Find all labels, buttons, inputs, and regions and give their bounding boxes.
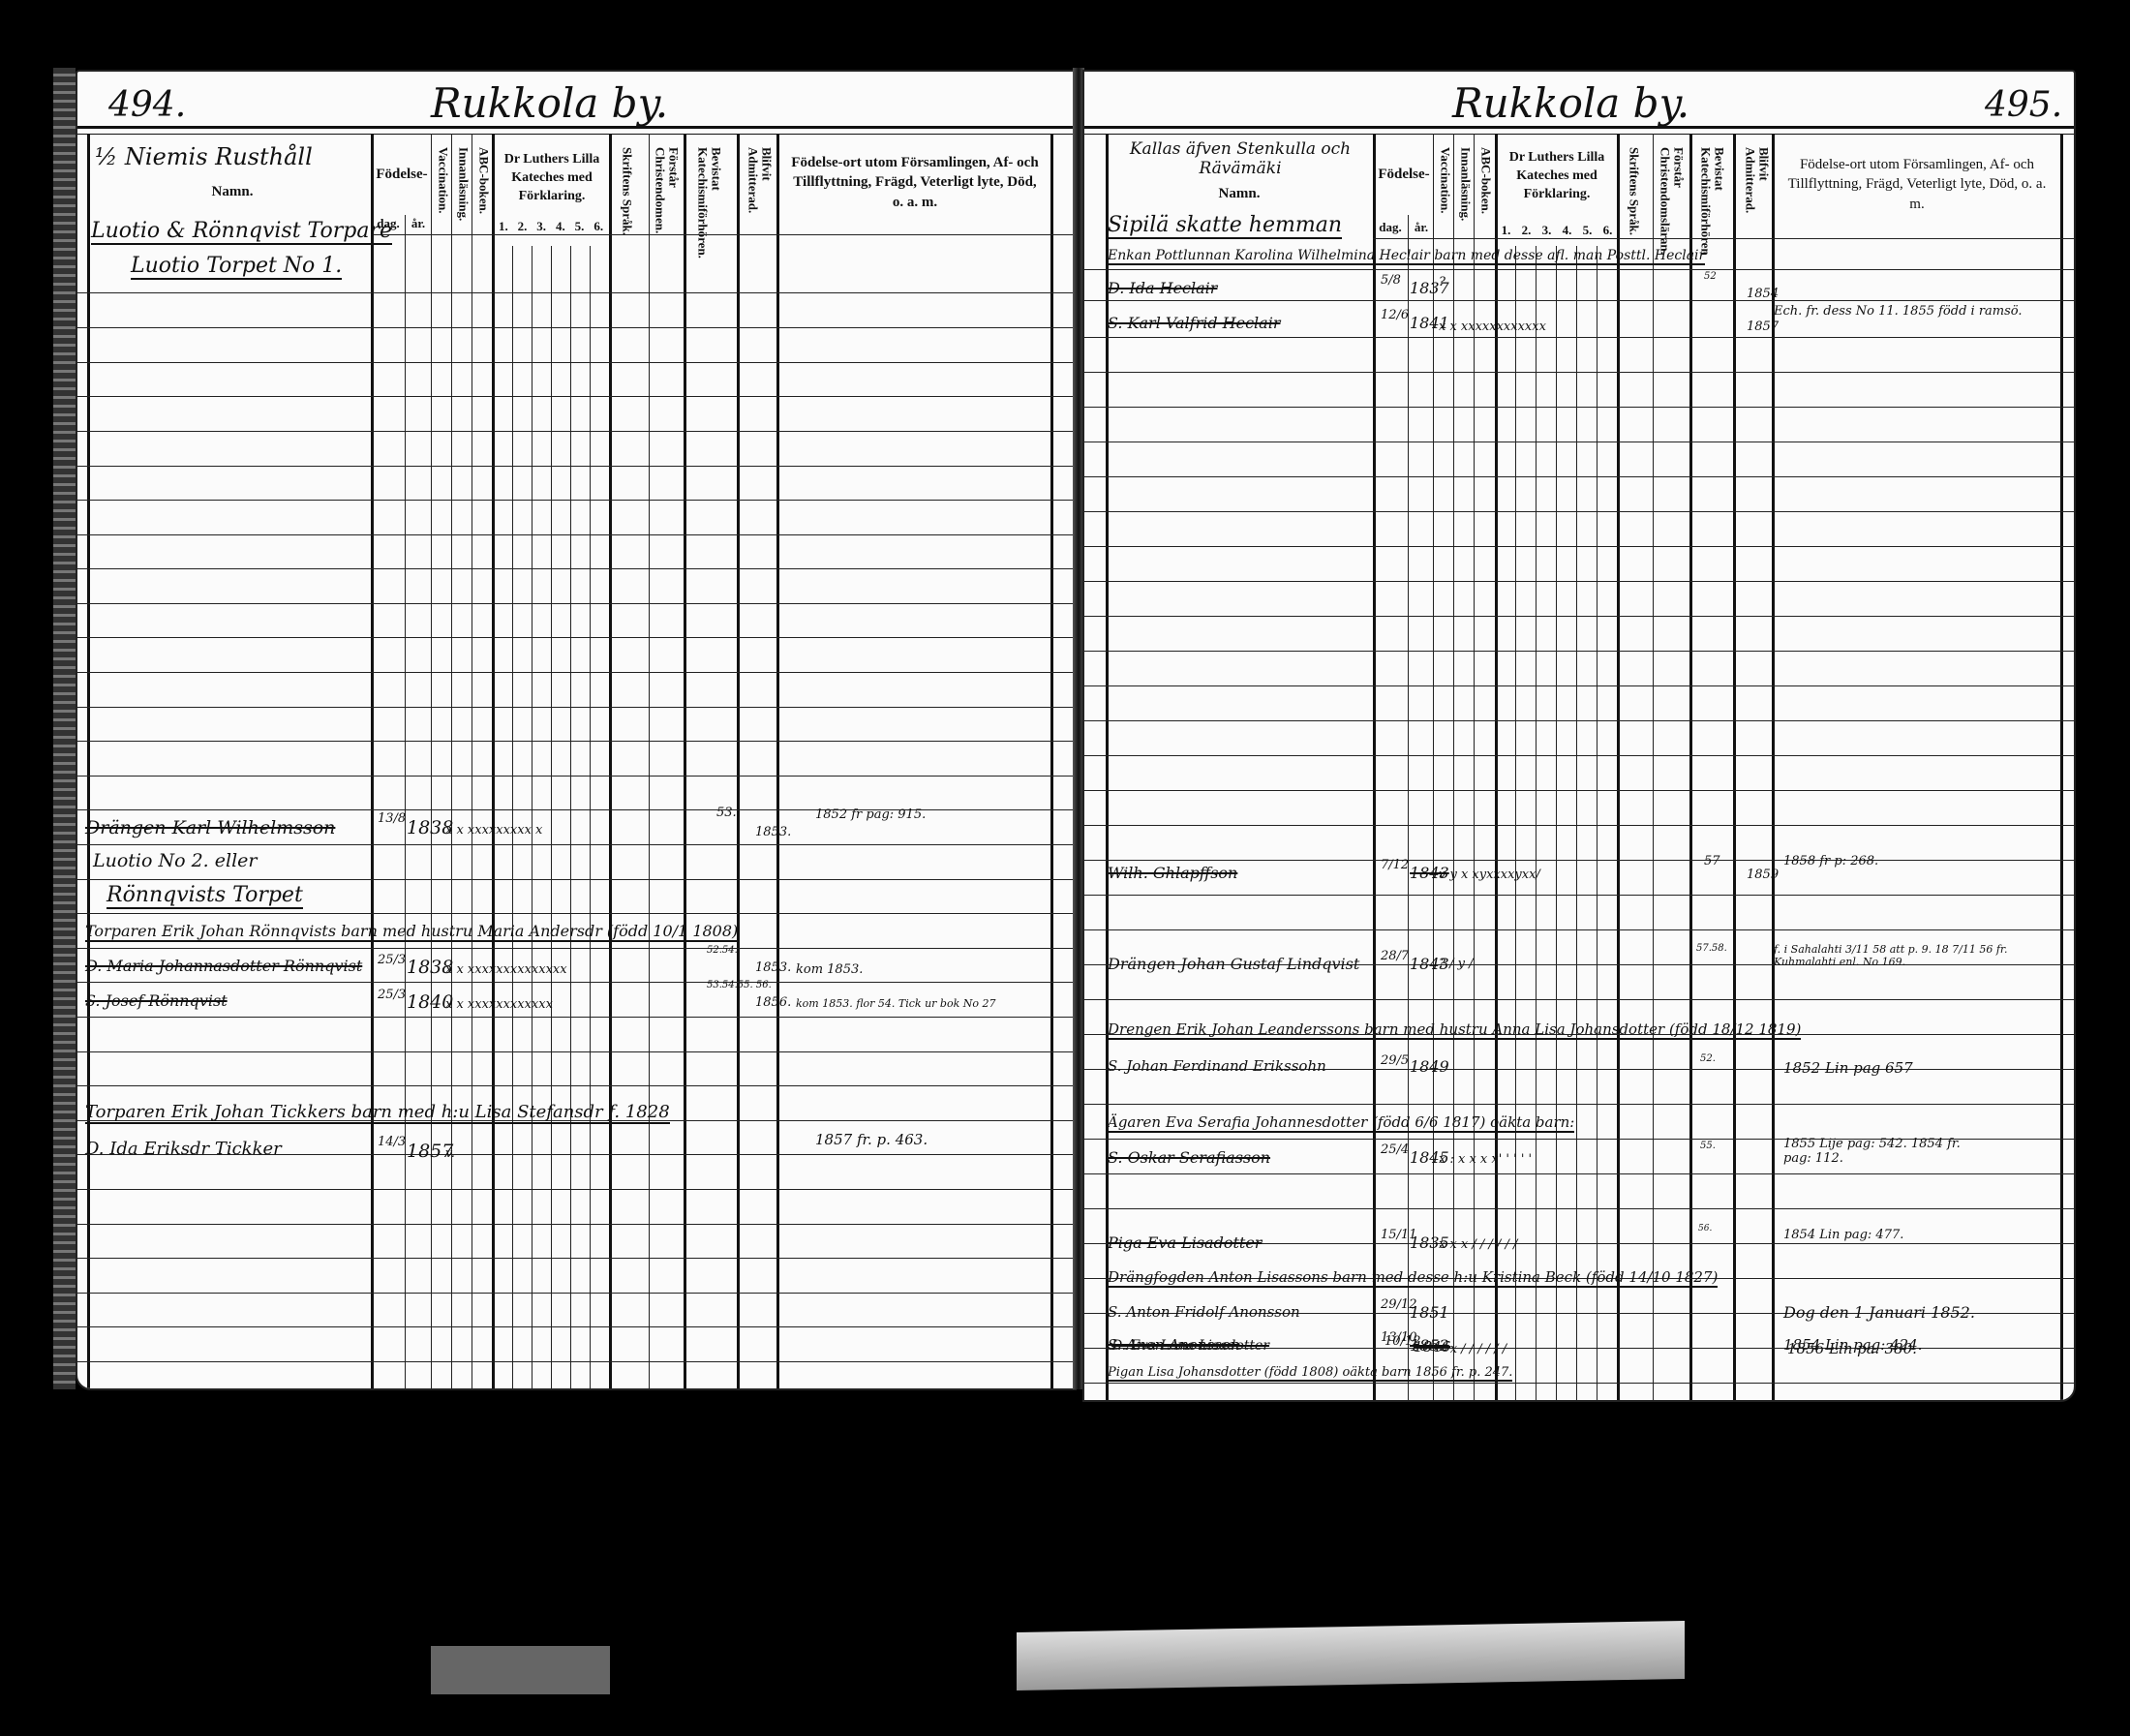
entry-name: D. Eva Lona Lisadotter [1111,1338,1269,1354]
entry-marks: x x xxxxxxxxx x [445,823,542,838]
entry-remarks: 1857 fr. p. 463. [815,1131,928,1148]
book-edge [53,68,76,1389]
reading-column-header: Innanläsning. [456,147,470,244]
entry-attended: 53. [716,806,737,820]
entry-day: 12/6 [1381,308,1409,322]
catechism-column-header: Dr Luthers Lilla Kateches med Förklaring… [496,151,608,206]
catechism-subcolumns: 1. 2. 3. 4. 5. 6. [494,219,608,234]
day-column-header: dag. [1375,219,1406,236]
entry-name: Drängen Karl Wilhelmsson [85,817,335,838]
entry-attended: 57.58. [1696,943,1727,954]
entry-attended: 52. [1700,1053,1716,1064]
entry-day: 7/12 [1381,858,1409,872]
entry-remarks: kom 1853. [796,962,863,977]
page-number: 494. [108,85,186,125]
entry-day: 28/7 [1381,949,1409,963]
entry-remarks: 1858 fr p: 268. [1783,854,1878,868]
entry-attended: 53.54.55. 56. [707,980,772,990]
entry-attended: 57 [1704,854,1720,868]
scripture-column-header: Skriftens Språk. [620,147,633,244]
reading-column-header: Innanläsning. [1458,147,1472,244]
entry-marks: x x xxxxxxxxxxxx [445,997,553,1012]
attended-column-header: Bevistat Katechismiförhören. [695,147,723,244]
top-rule [77,126,1075,135]
subheader: Rönnqvists Torpet [106,883,303,909]
catechism-column-header: Dr Luthers Lilla Kateches med Förklaring… [1499,149,1615,204]
subheader: Sipilä skatte hemman [1108,213,1342,239]
family-heading: Drengen Erik Johan Leanderssons barn med… [1108,1020,1801,1040]
entry-remarks: Ech. fr. dess No 11. 1855 född i ramsö. [1774,304,2025,319]
section-title: Kallas äfven Stenkulla och Rävämäki [1110,139,1371,178]
year-column-header: år. [407,215,430,232]
remarks-column-header: Födelse-ort utom Församlingen, Af- och T… [789,153,1041,212]
entry-year: 1851 [1410,1303,1449,1322]
admitted-column-header: Blifvit Admitterad. [745,147,774,244]
entry-day: 25/3 [378,953,406,967]
entry-name: Piga Eva Lisadotter [1108,1233,1262,1252]
entry-admitted: 1859 [1747,868,1779,882]
entry-admitted: 1856. [755,995,791,1010]
family-heading: Ägaren Eva Serafia Johannesdotter (född … [1108,1113,1574,1133]
entry-day: 13/8 [378,811,406,826]
entry-admitted: 1857 [1747,320,1779,334]
entry-remarks: Dog den 1 Januari 1852. [1783,1303,1975,1322]
name-column-header: Namn. [189,182,276,201]
entry-marks: x x xxxxxxxxxxxxxx [445,962,567,977]
section-title: ½ Niemis Rusthåll [95,143,313,170]
entry-day: 25/3 [378,988,406,1002]
village-title: Rukkola by. [431,79,668,127]
catechism-subcolumns: 1. 2. 3. 4. 5. 6. [1496,223,1618,238]
subheader: Luotio Torpet No 1. [131,254,342,280]
abc-column-header: ABC-boken. [1478,147,1492,244]
birth-column-header: Födelse- [373,165,431,184]
entry-day: 14/3 [378,1135,406,1149]
right-page: Rukkola by. 495. Kallas äfven Stenkulla … [1082,70,2076,1402]
entry-name: D. Maria Johannasdotter Rönnqvist [85,957,362,975]
entry-marks: v. [445,1146,455,1161]
entry-day: 25/4 [1381,1142,1409,1157]
entry-remarks: 1852 fr pag: 915. [815,807,926,822]
village-title: Rukkola by. [1452,79,1689,127]
subheader: Luotio & Rönnqvist Torpare [91,219,392,245]
entry-name: S. Karl Valfrid Heclair [1108,314,1280,332]
entry-admitted: 1853. [755,825,791,839]
vaccination-column-header: Vaccination. [1438,147,1451,244]
entry-remarks: 1852 Lin pag 657 [1783,1059,1913,1077]
family-heading: Torparen Erik Johan Tickkers barn med h:… [85,1102,670,1124]
attended-column-header: Bevistat Katechismiförhören [1698,147,1726,244]
family-heading: Enkan Pottlunnan Karolina Wilhelmina Hec… [1108,248,1705,265]
entry-marks: x x xxxxxxxxxxxx [1439,320,1546,334]
birth-column-header: Födelse- [1375,165,1433,184]
top-rule [1084,126,2074,135]
entry-name: S. Johan Ferdinand Erikssohn [1108,1057,1326,1075]
admitted-column-header: Blifvit Admitterad. [1743,147,1771,244]
background-object [1017,1621,1685,1690]
entry-marks: x : x x x x' ' ' ' ' [1439,1152,1532,1167]
family-heading: Drängfogden Anton Lisassons barn med des… [1108,1268,1718,1288]
entry-name: Drängen Johan Gustaf Lindqvist [1108,955,1359,973]
understanding-column-header: Förstår Christendomen. [653,147,681,244]
entry-name: S. Oskar Serafiasson [1108,1148,1270,1167]
family-heading: Pigan Lisa Johansdotter (född 1808) oäkt… [1108,1365,1512,1382]
entry-name: D. Ida Eriksdr Tickker [85,1139,282,1159]
left-page: 494. Rukkola by. ½ Niemis Rusthåll Namn.… [76,70,1077,1390]
page-number: 495. [1985,85,2062,125]
background-object [431,1646,610,1694]
entry-name: Wilh. Ghlapffson [1108,864,1237,882]
entry-attended: 52 [1704,271,1717,282]
entry-marks: x x x / / / / / / [1439,1237,1517,1252]
remarks-column-header: Födelse-ort utom Församlingen, Af- och T… [1781,155,2053,214]
entry-remarks: f. i Sahalahti 3/11 58 att p. 9. 18 7/11… [1774,943,2054,968]
subheader: Luotio No 2. eller [93,850,257,871]
entry-marks: ? / y / [1439,957,1473,971]
entry-admitted: 1853. [755,960,791,975]
entry-year: 1849 [1410,1057,1449,1076]
scripture-column-header: Skriftens Språk. [1627,147,1640,244]
entry-name: D. Ida Heclair [1108,279,1217,297]
entry-remarks: 1854 Lin pag: 477. [1783,1228,1903,1242]
vaccination-column-header: Vaccination. [436,147,449,244]
entry-attended: 55. [1700,1141,1716,1151]
entry-marks: ' x / / / / / / [1443,1342,1506,1356]
entry-marks: ? [1439,275,1445,289]
entry-attended: 56. [1698,1224,1712,1233]
name-column-header: Namn. [1196,184,1283,203]
right-page-last-entry: D. Eva Lona Lisadotter 10/12 1846 ' x / … [1082,1398,2072,1456]
entry-attended: 52.54. [707,945,738,956]
abc-column-header: ABC-boken. [476,147,490,244]
family-heading: Torparen Erik Johan Rönnqvists barn med … [85,922,738,942]
entry-admitted: 1854 [1747,287,1779,301]
entry-remarks: kom 1853. flor 54. Tick ur bok No 27 [796,997,996,1010]
entry-remarks: 1856 Lin pa: 380. [1787,1340,1917,1357]
year-column-header: år. [1410,219,1433,236]
entry-day: 29/5 [1381,1053,1409,1068]
understanding-column-header: Förstår Christendomsläran. [1658,147,1686,244]
entry-remarks: 1855 Lije pag: 542. 1854 fr. pag: 112. [1783,1137,1977,1166]
entry-name: S. Anton Fridolf Anonsson [1108,1303,1300,1321]
entry-name: S. Josef Rönnqvist [85,991,228,1010]
entry-marks: v y x xyxxxxyxx/ [1439,868,1540,882]
entry-day: 5/8 [1381,273,1401,288]
